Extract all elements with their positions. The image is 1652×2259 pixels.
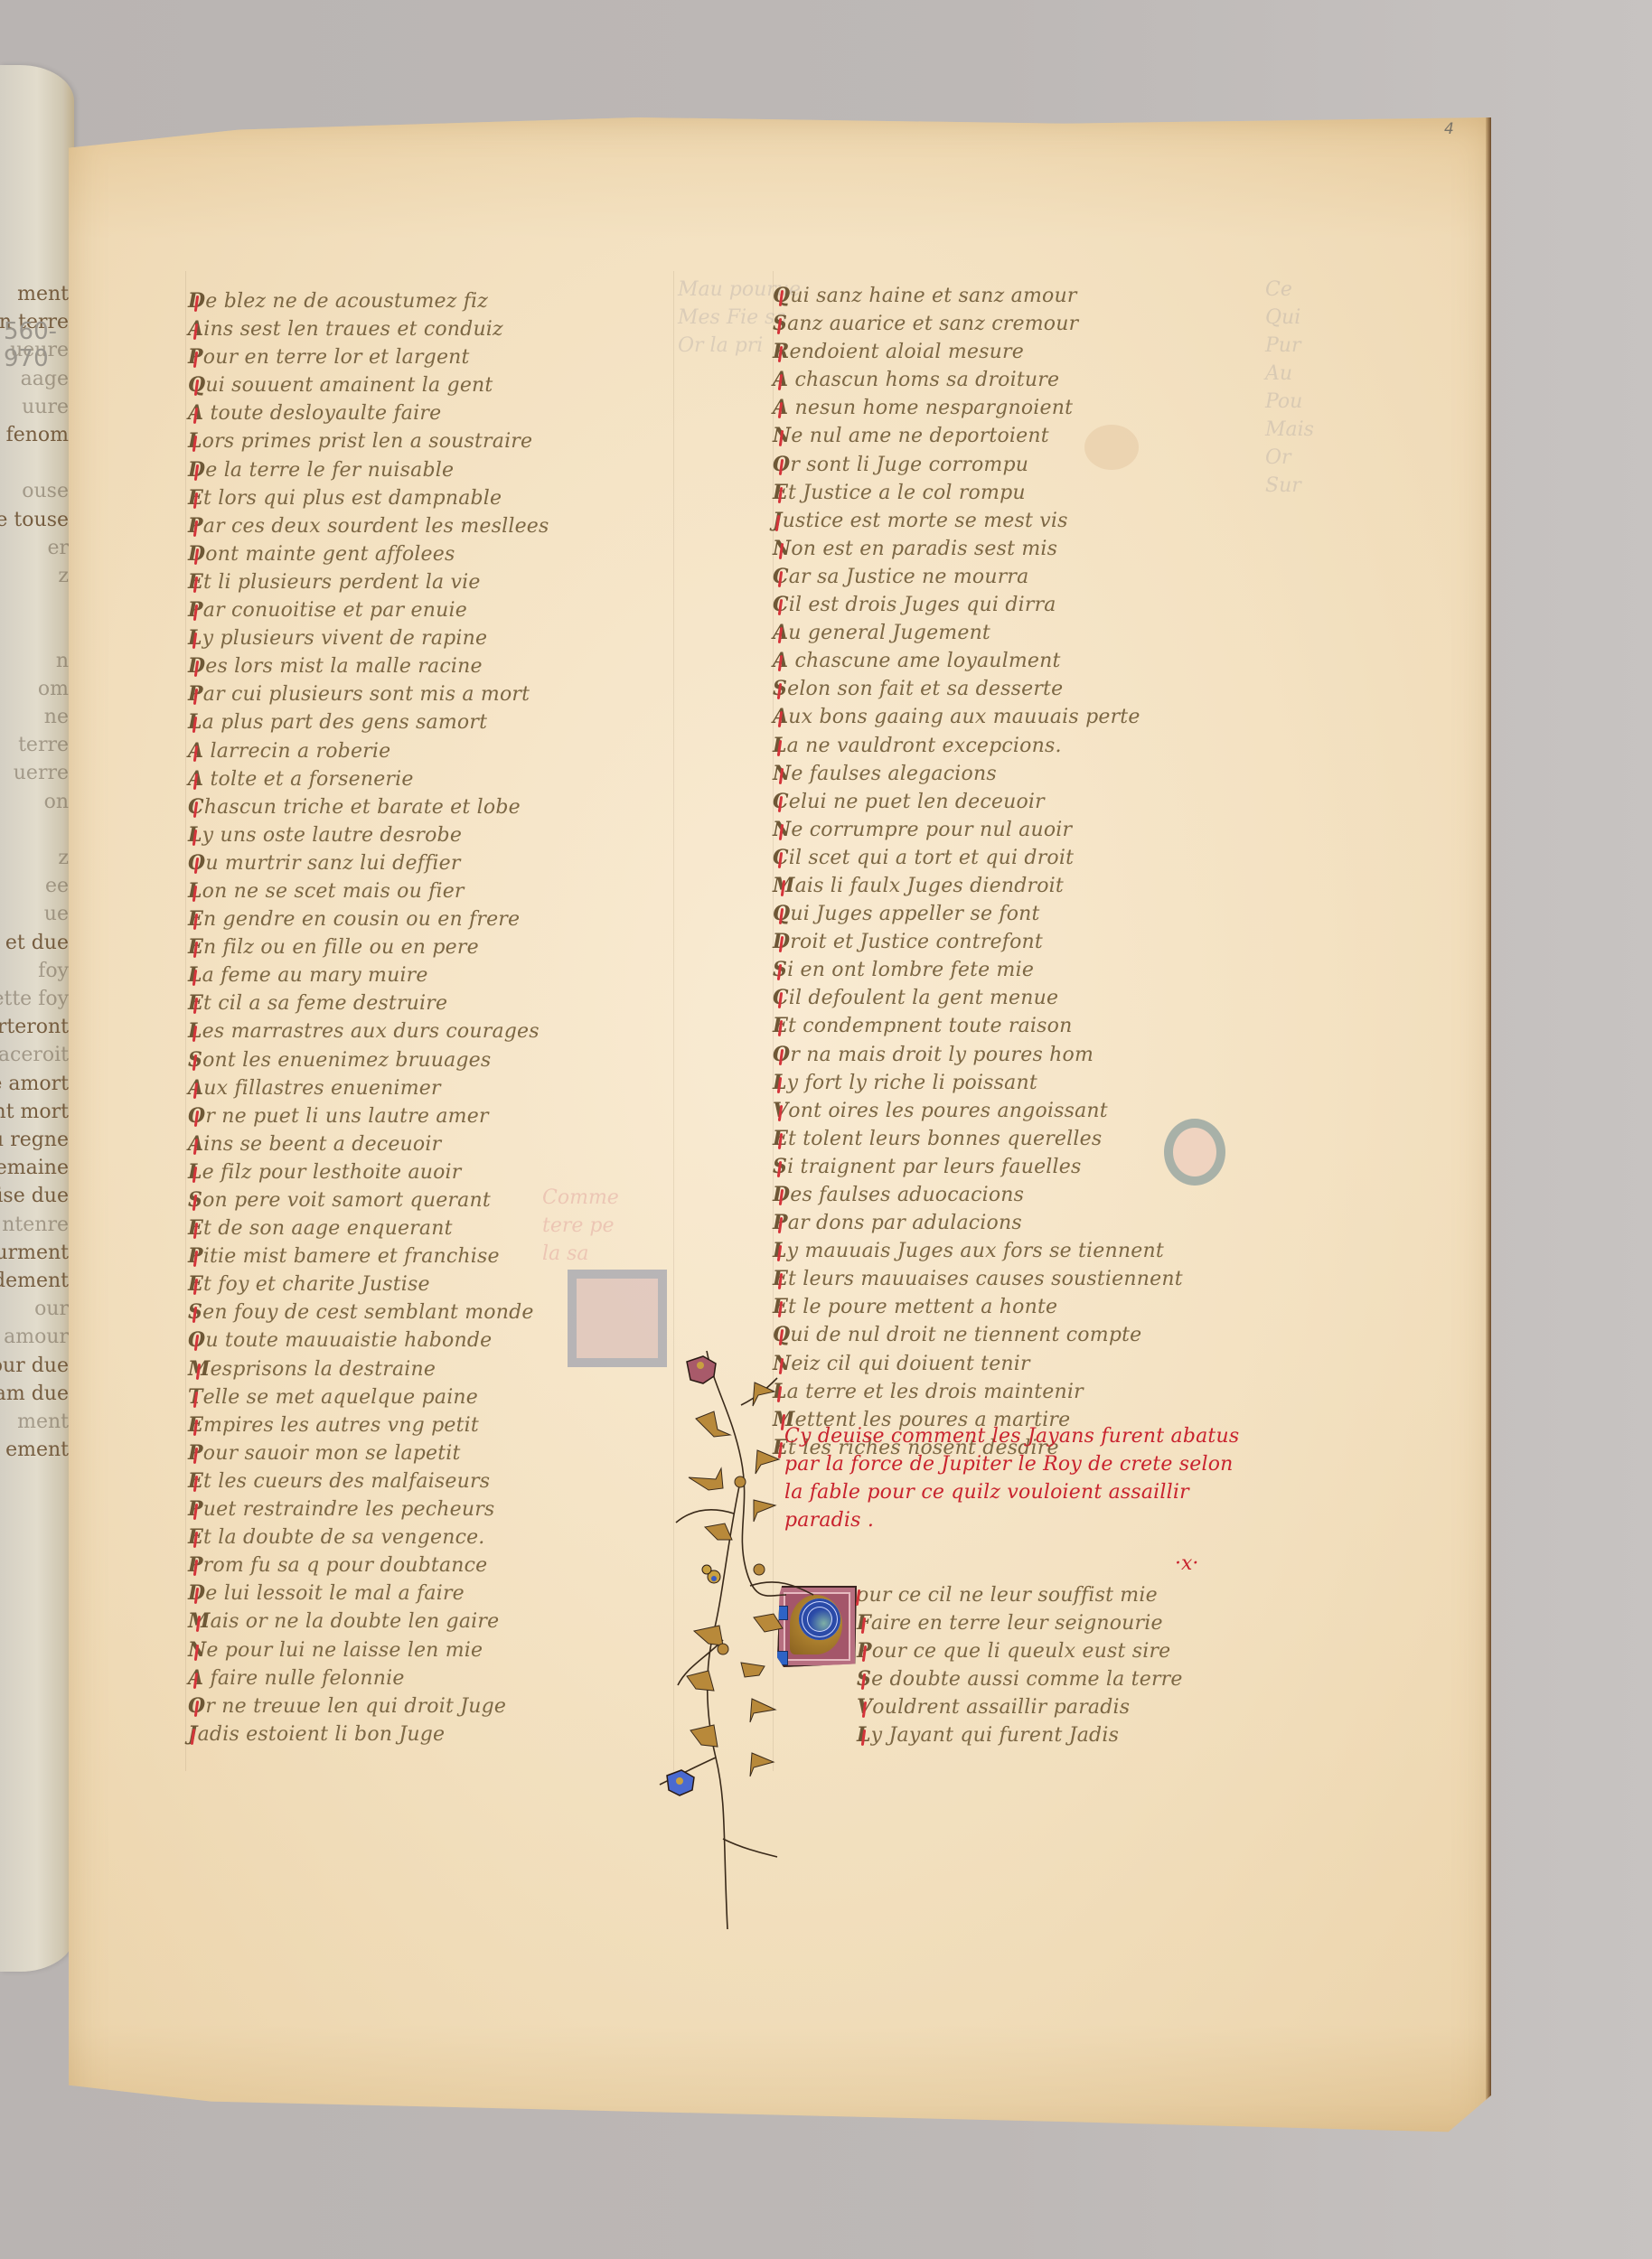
verse-line: Or sont li Juge corrompu — [773, 451, 1183, 479]
rubricated-initial: M — [773, 874, 795, 897]
verse-line: Ne corrumpre pour nul auoir — [773, 816, 1183, 844]
verse-text: on pere voit samort querant — [202, 1189, 491, 1212]
rubricated-initial: P — [188, 1244, 203, 1268]
verse-line: A faire nulle felonnie — [188, 1664, 549, 1692]
verse-text: n gendre en cousin ou en frere — [203, 908, 520, 931]
rubricated-initial: L — [188, 823, 202, 847]
rubricated-initial: E — [188, 1216, 203, 1240]
verse-line: Dont mainte gent affolees — [188, 540, 549, 568]
rubricated-initial: F — [857, 1611, 871, 1635]
gold-leaf-icon — [750, 1699, 775, 1722]
rubricated-initial: Q — [773, 284, 790, 307]
verse-text: il est drois Juges qui dirra — [789, 594, 1056, 616]
rubricated-initial: A — [188, 739, 203, 763]
verse-text: rom fu sa q pour doubtance — [203, 1554, 488, 1577]
verse-text: t la doubte de sa vengence. — [203, 1526, 485, 1549]
verse-line: Ne pour lui ne laisse len mie — [188, 1636, 549, 1664]
verse-line: La ne vauldront excepcions. — [773, 732, 1183, 760]
verse-text: r ne treuue len qui droit Juge — [205, 1695, 506, 1718]
gold-leaf-icon — [753, 1383, 774, 1406]
verse-text: ar conuoitise et par enuie — [203, 599, 467, 622]
verse-line: Mais or ne la doubte len gaire — [188, 1608, 549, 1636]
verse-line: Qui Juges appeller se font — [773, 900, 1183, 928]
gold-bud-icon — [754, 1564, 765, 1575]
show-through-text: CeQuiPurAuPouMaisOrSur — [1265, 276, 1314, 500]
rubricated-initial: P — [188, 345, 203, 369]
verse-line: Ly fort ly riche li poissant — [773, 1069, 1183, 1097]
rubricated-initial: E — [188, 1413, 203, 1437]
verse-line: Aux fillastres enuenimer — [188, 1074, 549, 1102]
rubricated-initial: D — [188, 654, 205, 678]
rubricated-initial: E — [773, 1295, 788, 1318]
verse-line: Ne nul ame ne deportoient — [773, 422, 1183, 450]
rubricated-initial: P — [188, 1497, 203, 1521]
rubricated-initial: Q — [773, 902, 790, 925]
verse-text: a ne vauldront excepcions. — [787, 735, 1062, 757]
rubricated-initial: M — [188, 1609, 211, 1633]
verse-text: ui sanz haine et sanz amour — [790, 285, 1076, 307]
rubricated-initial: O — [188, 1694, 205, 1718]
rubricated-initial: S — [773, 1155, 787, 1178]
previous-page-text-fragment: tourment — [0, 1243, 69, 1263]
verse-text: es faulses aduocacions — [790, 1184, 1024, 1206]
verse-line: Cil scet qui a tort et qui droit — [773, 844, 1183, 872]
verse-text: y mauuais Juges aux fors se tiennent — [787, 1240, 1164, 1262]
verse-text: r na mais droit ly poures hom — [790, 1044, 1094, 1066]
verse-text: es marrastres aux durs courages — [202, 1020, 540, 1043]
verse-text: nesun home nespargnoient — [788, 397, 1073, 419]
verse-text: ar ces deux sourdent les mesllees — [203, 515, 549, 538]
verse-text: ustice est morte se mest vis — [783, 510, 1068, 532]
rubricated-initial: P — [188, 514, 203, 538]
verse-text: our ce cil ne leur souffist mie — [857, 1584, 1158, 1607]
rubricated-initial: A — [773, 368, 788, 391]
verse-line: A chascune ame loyaulment — [773, 647, 1183, 675]
rubricated-initial: N — [773, 762, 791, 785]
previous-page-text-fragment: fise due — [0, 1186, 69, 1206]
verse-text: t Justice a le col rompu — [788, 482, 1026, 504]
verse-text: elui ne puet len deceuoir — [789, 791, 1045, 813]
verse-text: t les cueurs des malfaiseurs — [203, 1470, 490, 1493]
verse-text: y uns oste lautre desrobe — [202, 824, 462, 847]
previous-page-text-fragment: uerre — [14, 764, 69, 783]
verse-line: Qui sanz haine et sanz amour — [773, 282, 1183, 310]
gold-leaf-icon — [690, 1725, 718, 1747]
rubricated-initial: L — [773, 734, 787, 757]
verse-text: il scet qui a tort et qui droit — [789, 847, 1074, 869]
verse-text: toute desloyaulte faire — [203, 402, 441, 425]
rubricated-initial: P — [773, 1211, 788, 1234]
rubricated-initial: E — [188, 486, 203, 510]
verse-text: y Jayant qui furent Jadis — [871, 1724, 1119, 1747]
verse-line: Sanz auarice et sanz cremour — [773, 310, 1183, 338]
previous-page-text-fragment: ne — [44, 708, 69, 727]
rubricated-initial: A — [773, 396, 788, 419]
verse-line: Et leurs mauuaises causes soustiennent — [773, 1265, 1183, 1293]
verse-text: larrecin a roberie — [203, 740, 390, 763]
rubricated-initial: L — [773, 1071, 787, 1094]
verse-line: Au general Jugement — [773, 619, 1183, 647]
verse-line: Or ne treuue len qui droit Juge — [188, 1692, 549, 1720]
rubric-line: par la force de Jupiter le Roy de crete … — [784, 1450, 1239, 1478]
pencil-shelfmark: 560-970 — [4, 318, 74, 372]
rubric-line: paradis . — [784, 1506, 1239, 1534]
previous-page-text-fragment: n demaine — [0, 1158, 69, 1178]
verse-line: Mesprisons la destraine — [188, 1355, 549, 1383]
verse-text: i traignent par leurs fauelles — [787, 1156, 1081, 1178]
verse-line: Faire en terre leur seignourie — [857, 1609, 1183, 1637]
verse-text: roit et Justice contrefont — [790, 931, 1043, 953]
verse-line: Ly uns oste lautre desrobe — [188, 821, 549, 849]
verse-line: Et condempnent toute raison — [773, 1012, 1183, 1040]
previous-page-text-fragment: fenom — [6, 426, 69, 445]
rubricated-initial: A — [188, 1666, 203, 1690]
verse-line: Chascun triche et barate et lobe — [188, 793, 549, 821]
rubricated-initial: A — [188, 401, 203, 425]
rubricated-initial: A — [773, 621, 788, 644]
verse-text: uet restraindre les pecheurs — [203, 1498, 495, 1521]
previous-page-text-fragment: e touse — [0, 511, 69, 530]
verse-text: adis estoient li bon Juge — [198, 1723, 446, 1746]
verse-text: on ne se scet mais ou fier — [202, 880, 465, 903]
pink-flower-icon — [687, 1356, 716, 1383]
verse-line: A nesun home nespargnoient — [773, 394, 1183, 422]
rubricated-initial: S — [773, 677, 787, 700]
verse-text: t condempnent toute raison — [788, 1015, 1073, 1037]
text-column-right: Qui sanz haine et sanz amourSanz auarice… — [773, 282, 1183, 1462]
rubricated-initial: A — [188, 1132, 203, 1156]
verse-line: Ly Jayant qui furent Jadis — [857, 1721, 1183, 1749]
verse-text: esprisons la destraine — [211, 1358, 436, 1381]
rubricated-initial: C — [773, 565, 789, 588]
gold-leaf-icon — [696, 1411, 730, 1437]
verse-line: Cil defoulent la gent menue — [773, 984, 1183, 1012]
rubricated-initial: R — [773, 340, 789, 363]
gold-bud-icon — [735, 1476, 746, 1487]
ruling-line — [185, 271, 186, 1771]
rubricated-initial: E — [188, 1272, 203, 1296]
rubricated-initial: D — [188, 542, 205, 566]
verse-text: faire nulle felonnie — [203, 1667, 404, 1690]
verse-line: Ly mauuais Juges aux fors se tiennent — [773, 1237, 1183, 1265]
verse-text: t foy et charite Justise — [203, 1273, 430, 1296]
verse-line: Si traignent par leurs fauelles — [773, 1153, 1183, 1181]
verse-text: ar cui plusieurs sont mis a mort — [203, 683, 530, 706]
verse-line: Par cui plusieurs sont mis a mort — [188, 680, 549, 708]
previous-page-text-fragment: ou regne — [0, 1130, 69, 1150]
previous-page-text-fragment: om — [38, 680, 69, 699]
show-through-rubric: Commetere pela sa — [542, 1184, 619, 1268]
verse-line: Mais li faulx Juges diendroit — [773, 872, 1183, 900]
verse-line: Selon son fait et sa desserte — [773, 675, 1183, 703]
rubricated-initial: E — [188, 907, 203, 931]
verse-text: e lui lessoit le mal a faire — [205, 1582, 465, 1605]
rubricated-initial: T — [188, 1385, 203, 1409]
verse-line: Pitie mist bamere et franchise — [188, 1242, 549, 1270]
rubricated-initial: D — [773, 930, 790, 953]
verse-line: our ce cil ne leur souffist mie — [857, 1581, 1183, 1609]
verse-line: Justice est morte se mest vis — [773, 507, 1183, 535]
verse-text: r sont li Juge corrompu — [790, 454, 1028, 476]
previous-page-text-fragment: terre — [18, 736, 69, 755]
verse-text: elon son fait et sa desserte — [787, 678, 1063, 700]
verse-text: ui souuent amainent la gent — [205, 374, 493, 397]
verse-line: Lon ne se scet mais ou fier — [188, 877, 549, 905]
verse-text: elle se met aquelque paine — [203, 1386, 478, 1409]
previous-page-text-fragment: ettre amort — [0, 1074, 69, 1094]
gold-bud-icon — [718, 1644, 728, 1654]
verse-line: Les marrastres aux durs courages — [188, 1017, 549, 1045]
rubricated-initial: Q — [188, 373, 205, 397]
rubricated-initial: N — [773, 818, 791, 841]
previous-page-text-fragment: n — [56, 651, 69, 671]
rubricated-initial: S — [188, 1188, 202, 1212]
verse-line: Et Justice a le col rompu — [773, 479, 1183, 507]
previous-page-text-fragment: al soient mort — [0, 1102, 69, 1122]
rubricated-initial: M — [188, 1357, 211, 1381]
rubricated-initial: N — [773, 537, 791, 560]
previous-page-text-fragment: er plam due — [0, 1384, 69, 1404]
previous-page-text-fragment: se et due — [0, 933, 69, 953]
gold-leaf-icon — [750, 1753, 774, 1776]
gold-leaf-icon — [687, 1671, 714, 1691]
verse-text: e pour lui ne laisse len mie — [206, 1639, 483, 1662]
verse-line: A larrecin a roberie — [188, 737, 549, 765]
rubricated-initial: O — [188, 851, 205, 875]
gold-leaf-icon — [756, 1450, 779, 1474]
verse-line: Se doubte aussi comme la terre — [857, 1665, 1183, 1693]
rubricated-initial: C — [773, 790, 789, 813]
previous-page-text-fragment: ement — [5, 1440, 69, 1460]
verse-text: hascun triche et barate et lobe — [204, 796, 521, 819]
verse-text: t cil a sa feme destruire — [203, 992, 447, 1015]
gold-leaf-icon — [705, 1523, 732, 1540]
verse-line: Et le poure mettent a honte — [773, 1293, 1183, 1321]
rubricated-initial: O — [773, 453, 790, 476]
verse-text: itie mist bamere et franchise — [203, 1245, 500, 1268]
verse-text: u general Jugement — [788, 622, 990, 644]
verse-line: La plus part des gens samort — [188, 708, 549, 736]
verse-line: A toute desloyaulte faire — [188, 399, 549, 427]
rubric-heading: Cy deuise comment les Jayans furent abat… — [784, 1422, 1239, 1534]
verse-line: En filz ou en fille ou en pere — [188, 933, 549, 961]
verse-text: y plusieurs vivent de rapine — [202, 627, 488, 650]
verse-text: ais or ne la doubte len gaire — [211, 1610, 500, 1633]
rubricated-initial: A — [188, 317, 203, 341]
previous-page-text-fragment: ee — [45, 876, 69, 896]
verse-text: n filz ou en fille ou en pere — [203, 936, 479, 959]
verse-line: Et la doubte de sa vengence. — [188, 1523, 549, 1551]
verse-line: A tolte et a forsenerie — [188, 765, 549, 793]
previous-page-text-fragment: porteront — [0, 1017, 69, 1037]
verse-line: Car sa Justice ne mourra — [773, 563, 1183, 591]
previous-page-text-fragment: aceroit — [0, 1045, 69, 1065]
rubricated-initial: P — [857, 1639, 872, 1663]
verse-text: on est en paradis sest mis — [791, 538, 1057, 560]
rubricated-initial: N — [188, 1638, 206, 1662]
verse-line: Vont oires les poures angoissant — [773, 1097, 1183, 1125]
verse-text: ors primes prist len a soustraire — [202, 430, 533, 453]
verse-text: t lors qui plus est dampnable — [203, 487, 502, 510]
verse-line: Ou toute mauuaistie habonde — [188, 1326, 549, 1354]
previous-page-text-fragment: z — [58, 848, 69, 868]
rubricated-initial: D — [188, 1581, 205, 1605]
verse-line: Sont les enuenimez bruuages — [188, 1046, 549, 1074]
verse-text: y fort ly riche li poissant — [787, 1072, 1037, 1094]
verse-text: our sauoir mon se lapetit — [203, 1442, 461, 1465]
verse-text: ui Juges appeller se font — [790, 903, 1039, 925]
rubricated-initial: L — [188, 710, 202, 734]
verse-text: t li plusieurs perdent la vie — [203, 571, 481, 594]
verse-line: Pour ce que li queulx eust sire — [857, 1637, 1183, 1665]
rubricated-initial: A — [188, 767, 203, 791]
verse-line: Empires les autres vng petit — [188, 1411, 549, 1439]
verse-line: Son pere voit samort querant — [188, 1186, 549, 1214]
previous-page-text-fragment: ur amour — [0, 1327, 69, 1347]
verse-line: Pour en terre lor et largent — [188, 343, 549, 371]
rubricated-initial: D — [188, 289, 205, 313]
rubricated-initial: L — [188, 626, 202, 650]
verse-text: u murtrir sanz lui deffier — [205, 852, 460, 875]
verse-text: t leurs mauuaises causes soustiennent — [788, 1268, 1183, 1290]
gold-leaf-icon — [741, 1663, 765, 1677]
verse-line: Des lors mist la malle racine — [188, 652, 549, 680]
verse-text: t tolent leurs bonnes querelles — [788, 1128, 1102, 1150]
previous-page-text-fragment: our — [34, 1299, 69, 1319]
previous-page-text-fragment: ue — [44, 905, 69, 924]
rubricated-initial: L — [188, 429, 202, 453]
verse-text: t le poure mettent a honte — [788, 1296, 1057, 1318]
verse-text: anz auarice et sanz cremour — [787, 313, 1078, 335]
verse-text: ont oires les poures angoissant — [788, 1100, 1108, 1122]
verse-text: e nul ame ne deportoient — [791, 425, 1048, 447]
rubricated-initial: P — [188, 598, 203, 622]
rubricated-initial: O — [188, 1328, 205, 1352]
verse-line: Telle se met aquelque paine — [188, 1383, 549, 1411]
rubricated-initial: E — [188, 570, 203, 594]
verse-text: chascun homs sa droiture — [788, 369, 1059, 391]
verse-text: ais li faulx Juges diendroit — [795, 875, 1064, 897]
verse-line: Par dons par adulacions — [773, 1209, 1183, 1237]
verse-line: Ly plusieurs vivent de rapine — [188, 624, 549, 652]
verse-line: Ains sest len traues et conduiz — [188, 315, 549, 343]
marginal-ivy-spray — [651, 1333, 849, 1965]
previous-page-text-fragment: er — [47, 539, 69, 558]
rubricated-initial: E — [773, 1127, 788, 1150]
previous-page-text-fragment: ouse — [22, 482, 69, 501]
verse-text: a feme au mary muire — [202, 964, 428, 987]
chapter-number: ·x· — [1175, 1552, 1198, 1575]
verse-line: Et cil a sa feme destruire — [188, 989, 549, 1017]
rubricated-initial: L — [857, 1723, 871, 1747]
rubric-line: la fable pour ce quilz vouloient assaill… — [784, 1478, 1239, 1506]
previous-page-text-fragment: ntenre — [2, 1215, 69, 1235]
rubricated-initial: A — [188, 1076, 203, 1100]
rubricated-initial: C — [773, 846, 789, 869]
rubricated-initial: D — [188, 458, 205, 482]
verse-line: Si en ont lombre fete mie — [773, 956, 1183, 984]
rubricated-initial: A — [773, 649, 788, 672]
previous-page-text-fragment: our due — [0, 1356, 69, 1376]
rubricated-initial: S — [188, 1048, 202, 1072]
rubricated-initial: O — [773, 1043, 790, 1066]
rubricated-initial: L — [188, 1019, 202, 1043]
verse-text: i en ont lombre fete mie — [787, 959, 1034, 981]
rubricated-initial: S — [188, 1300, 202, 1324]
text-after-initial: our ce cil ne leur souffist mieFaire en … — [857, 1581, 1183, 1750]
rubricated-initial: J — [773, 509, 783, 532]
verse-text: e doubte aussi comme la terre — [871, 1668, 1183, 1691]
rubricated-initial: N — [773, 424, 791, 447]
verse-line: Le filz pour lesthoite auoir — [188, 1158, 549, 1186]
verse-text: e filz pour lesthoite auoir — [202, 1161, 462, 1184]
verse-text: ouldrent assaillir paradis — [872, 1696, 1130, 1719]
gold-leaf-icon — [694, 1626, 723, 1645]
verse-text: e blez ne de acoustumez fiz — [205, 290, 488, 313]
rubricated-initial: S — [773, 958, 787, 981]
verse-line: De blez ne de acoustumez fiz — [188, 287, 549, 315]
verse-text: ins se beent a deceuoir — [203, 1133, 441, 1156]
verse-text: our en terre lor et largent — [203, 346, 470, 369]
rubricated-initial: J — [188, 1722, 198, 1746]
rubricated-initial: E — [188, 1525, 203, 1549]
verse-text: e corrumpre pour nul auoir — [791, 819, 1072, 841]
verse-text: ins sest len traues et conduiz — [203, 318, 503, 341]
rubricated-initial: V — [773, 1099, 788, 1122]
verse-line: Rendoient aloial mesure — [773, 338, 1183, 366]
verse-line: Par conuoitise et par enuie — [188, 596, 549, 624]
rubricated-initial: D — [773, 1183, 790, 1206]
rubricated-initial: S — [857, 1667, 871, 1691]
verse-text: mpires les autres vng petit — [203, 1414, 479, 1437]
rubricated-initial: L — [773, 1239, 787, 1262]
verse-line: Lors primes prist len a soustraire — [188, 427, 549, 455]
verse-text: r ne puet li uns lautre amer — [205, 1105, 488, 1128]
previous-page-text-fragment: foy — [38, 961, 69, 981]
rubricated-initial: P — [188, 682, 203, 706]
verse-text: chascune ame loyaulment — [788, 650, 1060, 672]
previous-page-text-fragment: dement — [0, 1271, 69, 1291]
rubricated-initial: O — [188, 1104, 205, 1128]
rubricated-initial: C — [188, 795, 204, 819]
verse-line: Et foy et charite Justise — [188, 1270, 549, 1298]
previous-page-text-fragment: ment — [17, 1412, 69, 1432]
verse-line: Et lors qui plus est dampnable — [188, 484, 549, 512]
rubricated-initial: L — [188, 963, 202, 987]
verse-line: Ains se beent a deceuoir — [188, 1130, 549, 1158]
verse-text: ar sa Justice ne mourra — [789, 566, 1029, 588]
verse-text: u toute mauuaistie habonde — [205, 1329, 492, 1352]
verse-text: t de son aage enquerant — [203, 1217, 453, 1240]
rubricated-initial: S — [773, 312, 787, 335]
verse-line: La feme au mary muire — [188, 961, 549, 989]
verse-line: Puet restraindre les pecheurs — [188, 1495, 549, 1523]
verse-line: Et de son aage enquerant — [188, 1214, 549, 1242]
rubricated-initial: E — [188, 991, 203, 1015]
verse-text: aire en terre leur seignourie — [871, 1612, 1163, 1635]
verse-line: De la terre le fer nuisable — [188, 456, 549, 484]
verse-line: Or ne puet li uns lautre amer — [188, 1102, 549, 1130]
rubricated-initial: A — [773, 705, 788, 728]
previous-page-text-fragment: uure — [22, 398, 69, 417]
gold-leaf-icon — [754, 1500, 775, 1522]
verse-line: Qui souuent amainent la gent — [188, 371, 549, 399]
verse-text: en fouy de cest semblant monde — [202, 1301, 534, 1324]
rubricated-initial: E — [188, 1469, 203, 1493]
rubricated-initial: E — [773, 481, 788, 504]
verse-line: Des faulses aduocacions — [773, 1181, 1183, 1209]
rubric-line: Cy deuise comment les Jayans furent abat… — [784, 1422, 1239, 1450]
